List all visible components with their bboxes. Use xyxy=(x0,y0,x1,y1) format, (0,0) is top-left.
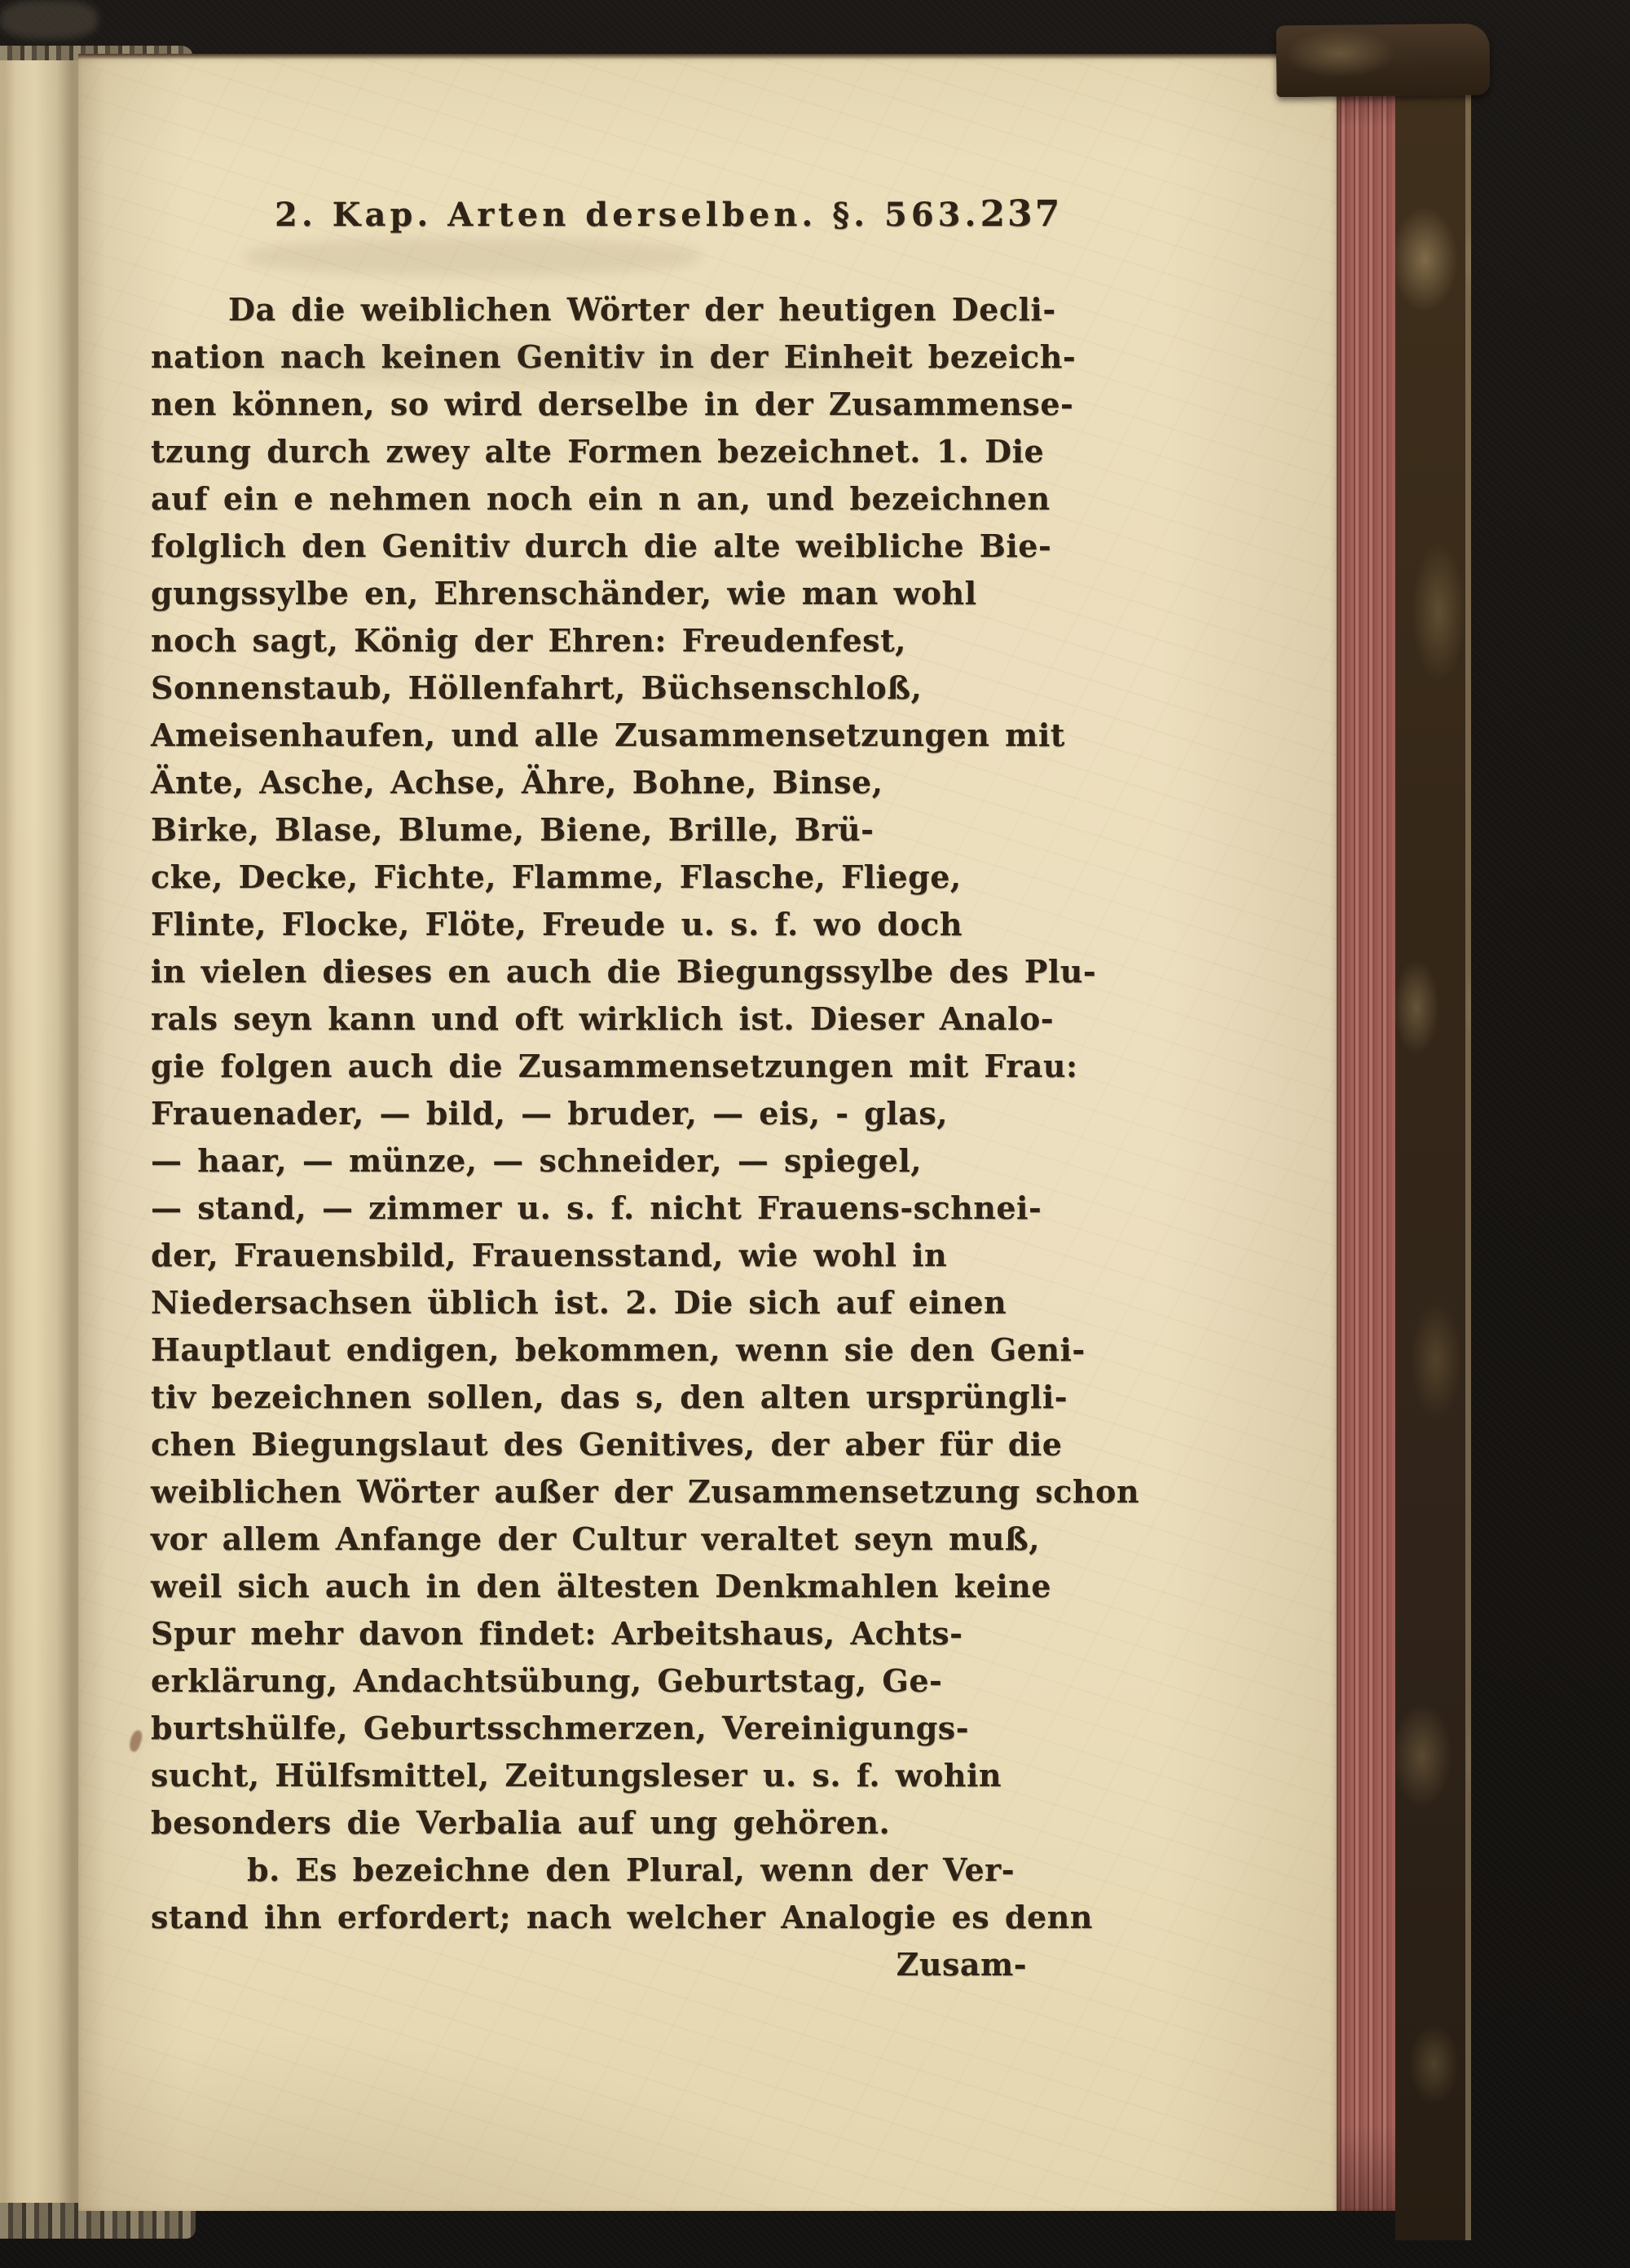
facing-page-edge xyxy=(0,60,78,2203)
text-line: erklärung, Andachtsübung, Geburtstag, Ge… xyxy=(151,1657,1137,1705)
book-scan-photo: 2. Kap. Arten derselben. §. 563. 237 Da … xyxy=(0,0,1630,2268)
ink-bleed-ghost xyxy=(0,0,98,39)
text-line: — haar, — münze, — schneider, — spiegel, xyxy=(151,1137,1137,1185)
text-line: Da die weiblichen Wörter der heutigen De… xyxy=(151,286,1137,333)
text-line: chen Biegungslaut des Genitives, der abe… xyxy=(151,1421,1137,1468)
text-line: b. Es bezeichne den Plural, wenn der Ver… xyxy=(151,1847,1137,1894)
text-line: der, Frauensbild, Frauensstand, wie wohl… xyxy=(151,1232,1137,1279)
text-line: tzung durch zwey alte Formen bezeichnet.… xyxy=(151,428,1137,475)
text-line: Ameisenhaufen, und alle Zusammensetzunge… xyxy=(151,712,1137,759)
text-line: nen können, so wird derselbe in der Zusa… xyxy=(151,381,1137,428)
text-line: noch sagt, König der Ehren: Freudenfest, xyxy=(151,617,1137,664)
page-number: 237 xyxy=(980,191,1062,238)
text-line: tiv bezeichnen sollen, das s, den alten … xyxy=(151,1374,1137,1421)
text-block: 2. Kap. Arten derselben. §. 563. 237 Da … xyxy=(151,191,1137,1988)
text-line: — stand, — zimmer u. s. f. nicht Frauens… xyxy=(151,1185,1137,1232)
text-line: besonders die Verbalia auf ung gehören. xyxy=(151,1799,1137,1847)
text-line: sucht, Hülfsmittel, Zeitungsleser u. s. … xyxy=(151,1752,1137,1799)
text-line: Spur mehr davon findet: Arbeitshaus, Ach… xyxy=(151,1610,1137,1657)
text-line: weil sich auch in den ältesten Denkmahle… xyxy=(151,1563,1137,1610)
text-line: Flinte, Flocke, Flöte, Freude u. s. f. w… xyxy=(151,901,1137,948)
text-line: Birke, Blase, Blume, Biene, Brille, Brü- xyxy=(151,806,1137,854)
text-line: weiblichen Wörter außer der Zusammensetz… xyxy=(151,1468,1137,1516)
text-line: gie folgen auch die Zusammensetzungen mi… xyxy=(151,1043,1137,1090)
text-line: burtshülfe, Geburtsschmerzen, Vereinigun… xyxy=(151,1705,1137,1752)
text-line: rals seyn kann und oft wirklich ist. Die… xyxy=(151,995,1137,1043)
catchword: Zusam- xyxy=(151,1941,1137,1988)
leather-cover-corner xyxy=(1276,24,1491,98)
text-line: Niedersachsen üblich ist. 2. Die sich au… xyxy=(151,1279,1137,1326)
text-line: stand ihn erfordert; nach welcher Analog… xyxy=(151,1894,1137,1941)
marbled-cover-edge xyxy=(1395,39,1471,2240)
text-line: nation nach keinen Genitiv in der Einhei… xyxy=(151,333,1137,381)
text-line: folglich den Genitiv durch die alte weib… xyxy=(151,523,1137,570)
text-line: Frauenader, — bild, — bruder, — eis, - g… xyxy=(151,1090,1137,1137)
running-header: 2. Kap. Arten derselben. §. 563. 237 xyxy=(151,191,1137,238)
text-line: gungssylbe en, Ehrenschänder, wie man wo… xyxy=(151,570,1137,617)
text-line: Hauptlaut endigen, bekommen, wenn sie de… xyxy=(151,1326,1137,1374)
page-top-edge xyxy=(78,54,1340,60)
text-line: vor allem Anfange der Cultur veraltet se… xyxy=(151,1516,1137,1563)
chapter-heading: 2. Kap. Arten derselben. §. 563. xyxy=(275,192,980,239)
text-line: auf ein e nehmen noch ein n an, und beze… xyxy=(151,475,1137,523)
text-line: in vielen dieses en auch die Biegungssyl… xyxy=(151,948,1137,995)
text-line: Sonnenstaub, Höllenfahrt, Büchsenschloß, xyxy=(151,664,1137,712)
text-line: Änte, Asche, Achse, Ähre, Bohne, Binse, xyxy=(151,759,1137,806)
text-line: cke, Decke, Fichte, Flamme, Flasche, Fli… xyxy=(151,854,1137,901)
red-fore-edge xyxy=(1337,78,1395,2211)
body-text: Da die weiblichen Wörter der heutigen De… xyxy=(151,286,1137,1941)
